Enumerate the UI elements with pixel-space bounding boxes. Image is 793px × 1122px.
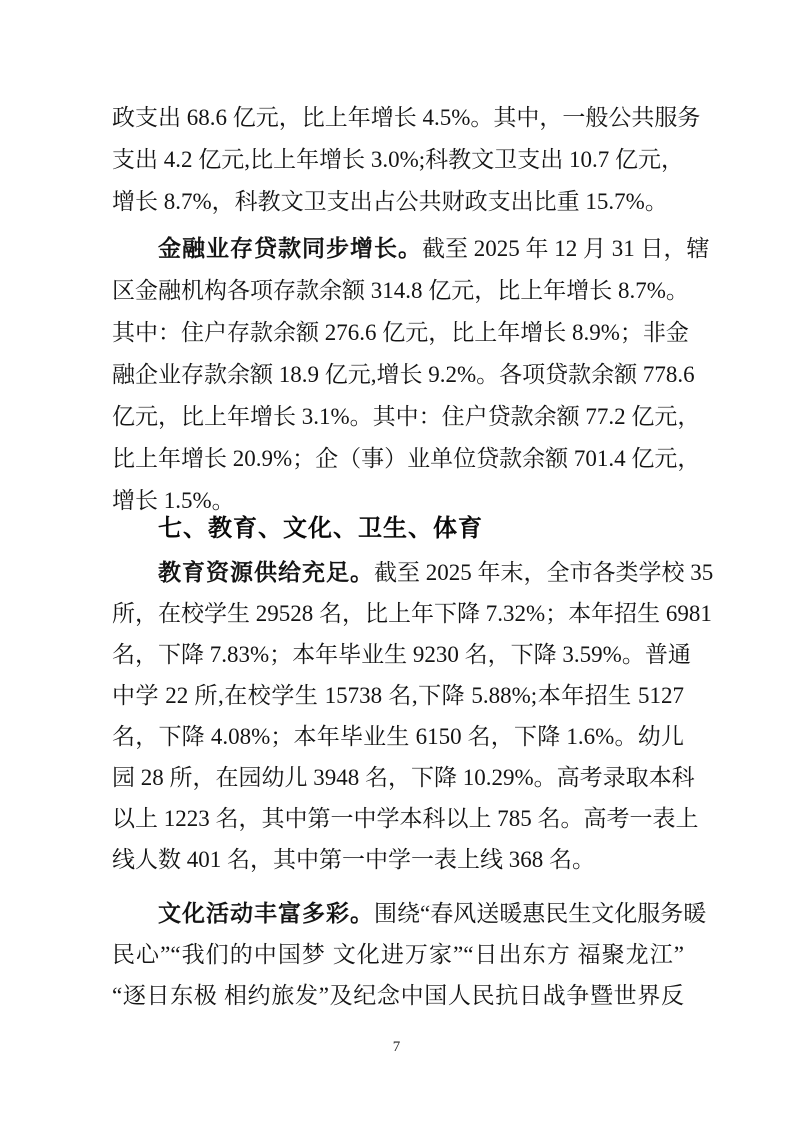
paragraph-lead-rest: 截至 2025 年 12 月 31 日，辖: [422, 236, 710, 261]
paragraph-finance: 金融业存贷款同步增长。截至 2025 年 12 月 31 日，辖 区金融机构各项…: [112, 227, 684, 522]
page-number: 7: [0, 1038, 793, 1056]
paragraph-lead: 金融业存贷款同步增长。: [158, 235, 422, 261]
paragraph-lead-rest: 截至 2025 年末，全市各类学校 35: [374, 560, 713, 585]
text-line: 比上年增长 20.9%；企（事）业单位贷款余额 701.4 亿元，: [112, 438, 684, 480]
text-line: 其中：住户存款余额 276.6 亿元，比上年增长 8.9%；非金: [112, 312, 684, 354]
section-heading: 七、教育、文化、卫生、体育: [158, 514, 483, 544]
text-line: 以上 1223 名，其中第一中学本科以上 785 名。高考一表上: [112, 798, 684, 839]
text-line: 中学 22 所,在校学生 15738 名,下降 5.88%;本年招生 5127: [112, 675, 684, 716]
text-line: 金融业存贷款同步增长。截至 2025 年 12 月 31 日，辖: [112, 227, 684, 270]
text-line: 教育资源供给充足。截至 2025 年末，全市各类学校 35: [112, 552, 684, 593]
text-line: 名，下降 7.83%；本年毕业生 9230 名，下降 3.59%。普通: [112, 634, 684, 675]
text-line: 支出 4.2 亿元,比上年增长 3.0%;科教文卫支出 10.7 亿元，: [112, 139, 684, 181]
text-line: 线人数 401 名，其中第一中学一表上线 368 名。: [112, 839, 684, 880]
paragraph-culture: 文化活动丰富多彩。围绕“春风送暖惠民生文化服务暖 民心”“我们的中国梦 文化进万…: [112, 893, 684, 1016]
text-line: 文化活动丰富多彩。围绕“春风送暖惠民生文化服务暖: [112, 893, 684, 934]
document-page: 政支出 68.6 亿元，比上年增长 4.5%。其中，一般公共服务 支出 4.2 …: [0, 0, 793, 1122]
text-line: 园 28 所，在园幼儿 3948 名，下降 10.29%。高考录取本科: [112, 757, 684, 798]
text-line: 增长 8.7%，科教文卫支出占公共财政支出比重 15.7%。: [112, 181, 684, 223]
text-line: “逐日东极 相约旅发”及纪念中国人民抗日战争暨世界反: [112, 975, 684, 1016]
text-line: 名，下降 4.08%；本年毕业生 6150 名，下降 1.6%。幼儿: [112, 716, 684, 757]
text-line: 融企业存款余额 18.9 亿元,增长 9.2%。各项贷款余额 778.6: [112, 354, 684, 396]
paragraph-lead-rest: 围绕“春风送暖惠民生文化服务暖: [374, 901, 706, 926]
paragraph-lead: 文化活动丰富多彩。: [158, 900, 374, 926]
paragraph-fiscal: 政支出 68.6 亿元，比上年增长 4.5%。其中，一般公共服务 支出 4.2 …: [112, 97, 684, 223]
paragraph-education: 教育资源供给充足。截至 2025 年末，全市各类学校 35 所，在校学生 295…: [112, 552, 684, 880]
text-line: 政支出 68.6 亿元，比上年增长 4.5%。其中，一般公共服务: [112, 97, 684, 139]
paragraph-lead: 教育资源供给充足。: [158, 559, 374, 585]
text-line: 区金融机构各项存款余额 314.8 亿元，比上年增长 8.7%。: [112, 270, 684, 312]
text-line: 民心”“我们的中国梦 文化进万家”“日出东方 福聚龙江”: [112, 934, 684, 975]
text-line: 亿元，比上年增长 3.1%。其中：住户贷款余额 77.2 亿元，: [112, 396, 684, 438]
text-line: 所，在校学生 29528 名，比上年下降 7.32%；本年招生 6981: [112, 593, 684, 634]
